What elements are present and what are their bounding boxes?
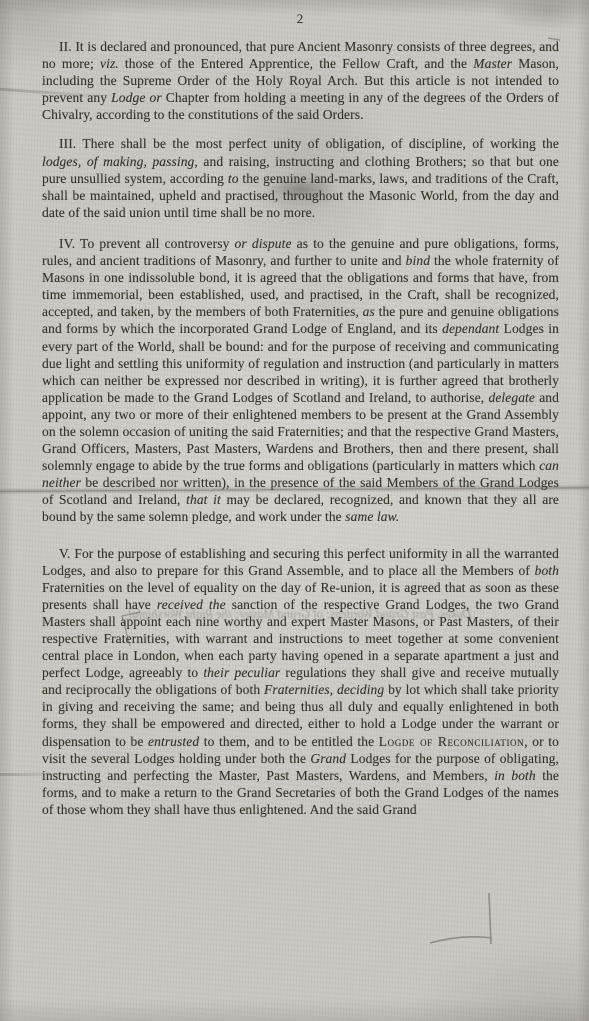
- paragraph-article-ii: II. It is declared and pronounced, that …: [42, 38, 559, 123]
- pencil-check-mark: [430, 893, 492, 944]
- paragraph-article-iv: IV. To prevent all controversy or disput…: [42, 235, 559, 526]
- paragraph-article-iii: III. There shall be the most perfect uni…: [42, 135, 559, 220]
- scanned-document-page: 2 II. It is declared and pronounced, tha…: [0, 0, 589, 1021]
- page-number: 2: [42, 11, 558, 27]
- document-text-block: II. It is declared and pronounced, that …: [42, 38, 559, 818]
- paragraph-article-v: V. For the purpose of establishing and s…: [42, 545, 559, 819]
